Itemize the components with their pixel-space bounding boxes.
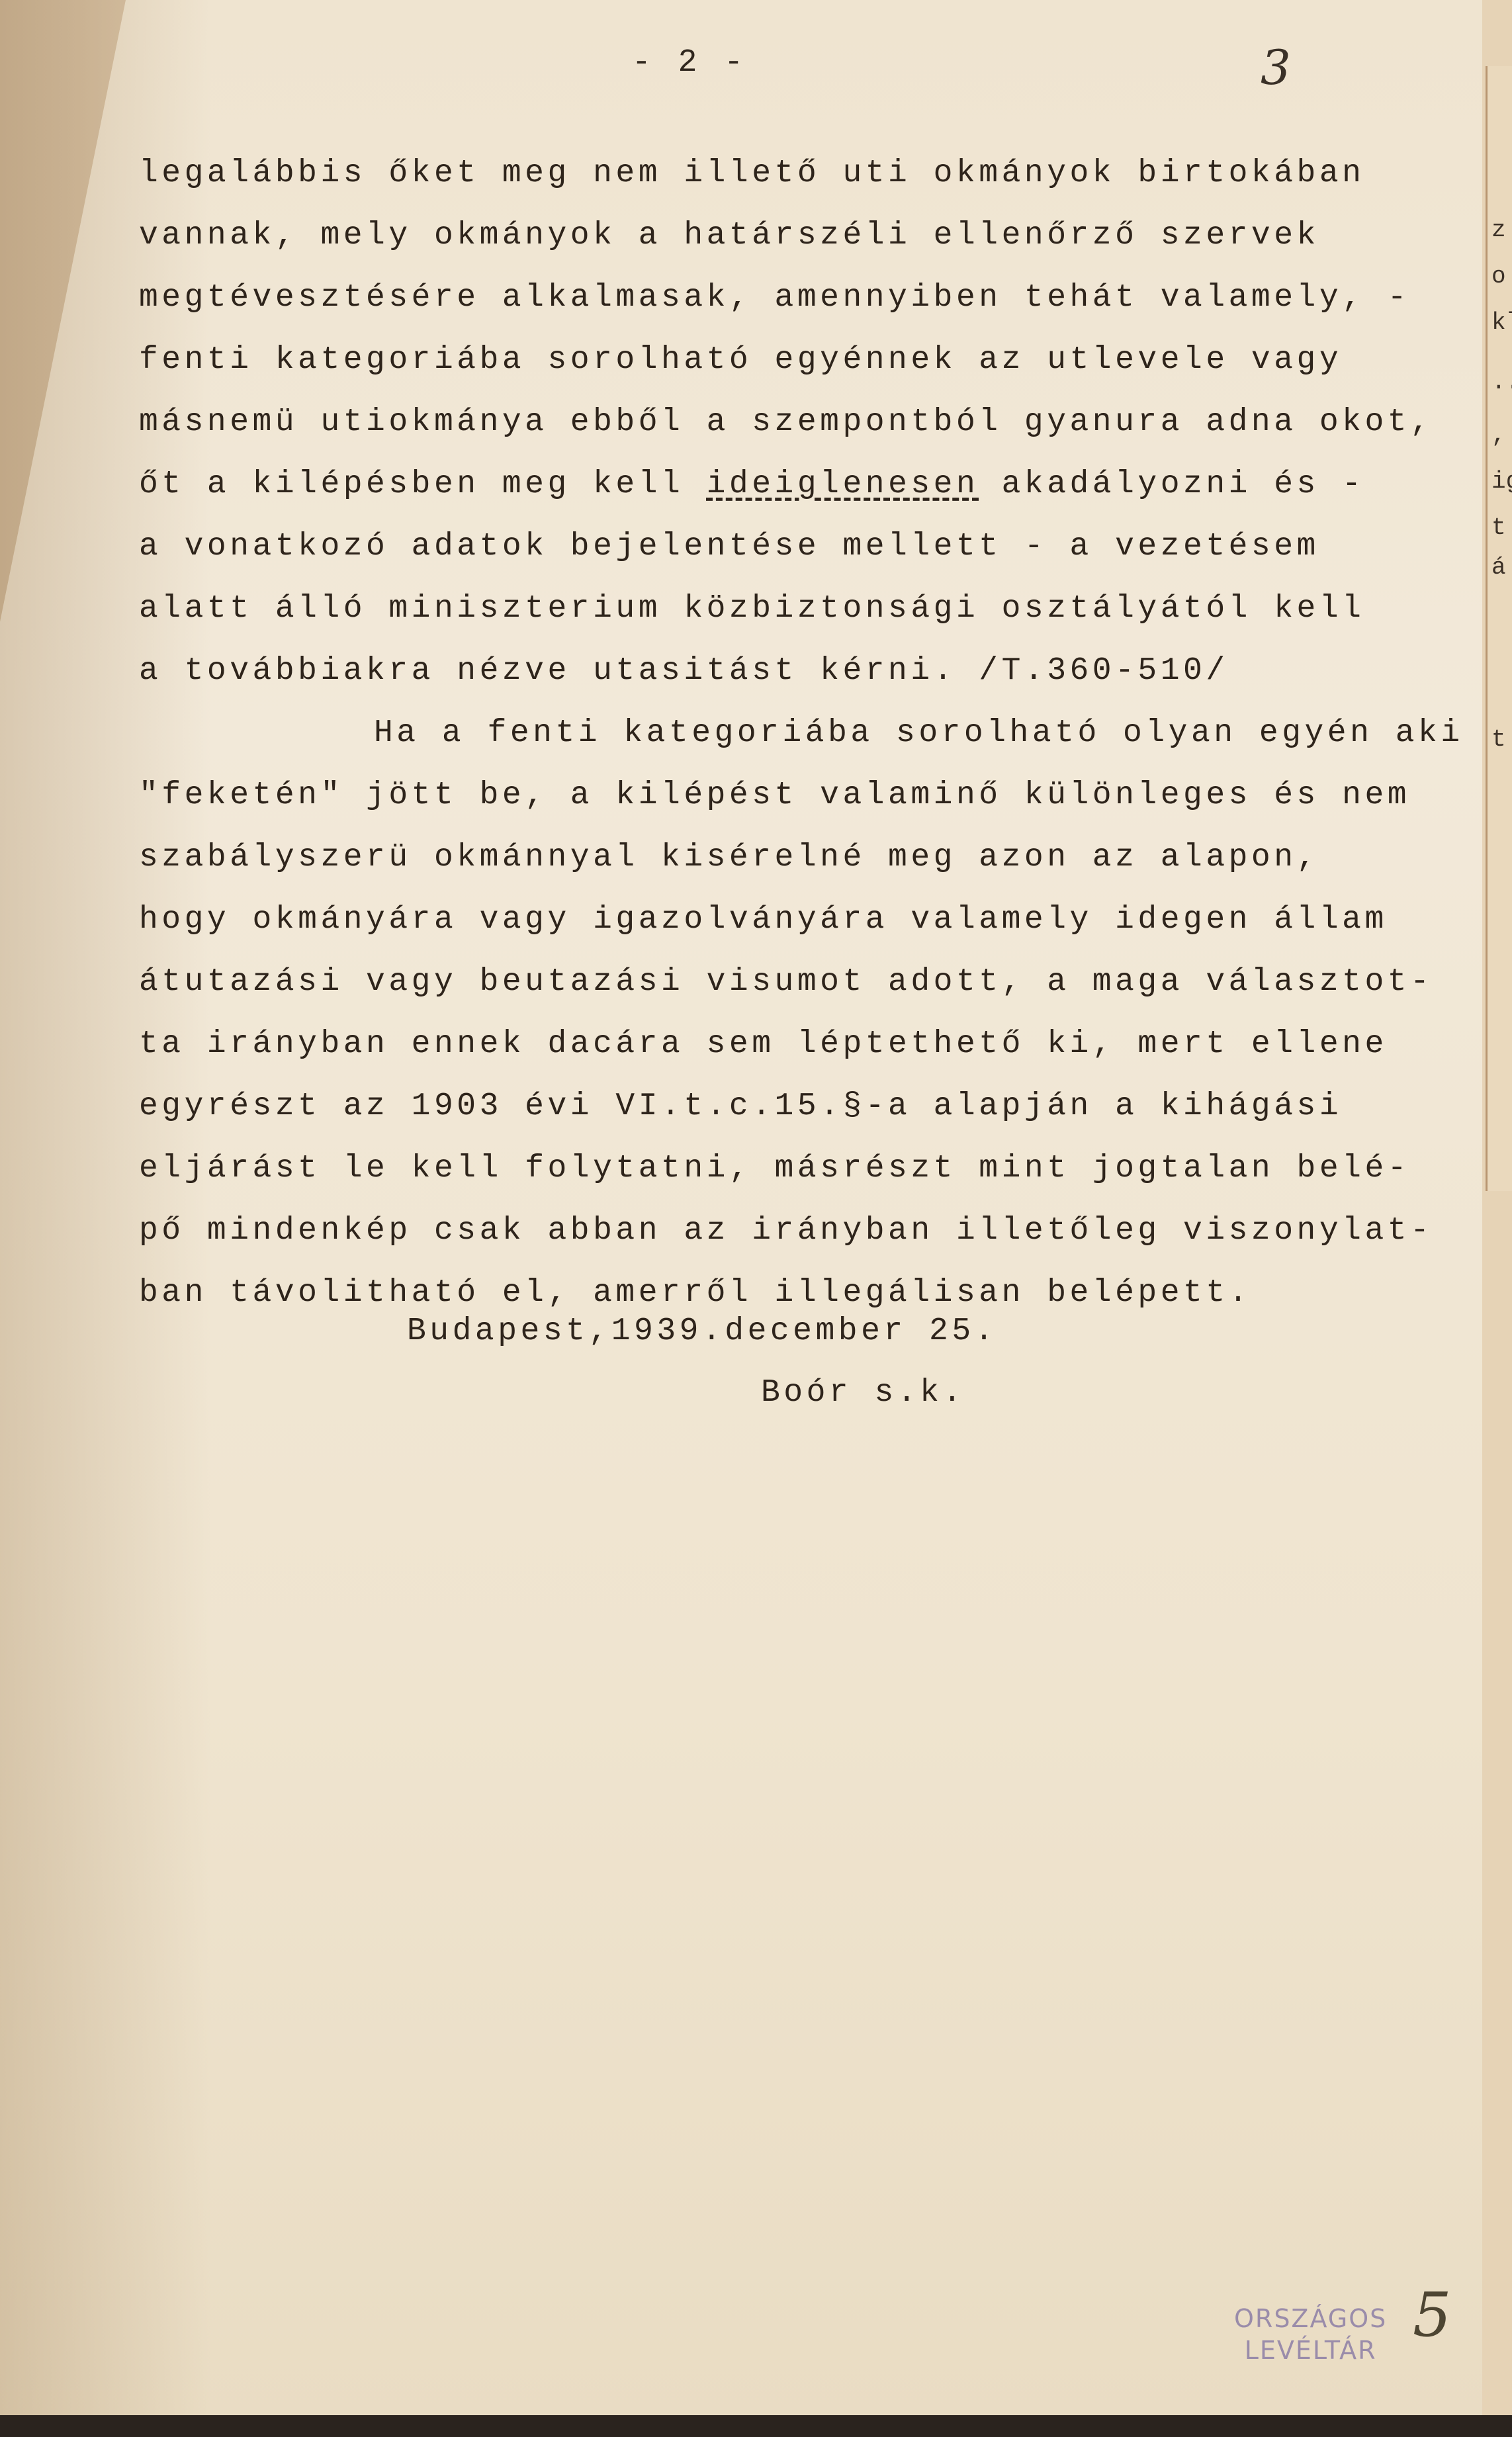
text-line: másnemü utiokmánya ebből a szempontból g… bbox=[139, 391, 1462, 453]
adjacent-page-strip: z o kl .. , ig t á t bbox=[1486, 66, 1512, 1191]
typewritten-body: legalábbis őket meg nem illető uti okmán… bbox=[139, 142, 1462, 1324]
text-line: egyrészt az 1903 évi VI.t.c.15.§-a alapj… bbox=[139, 1075, 1462, 1137]
fragment: t bbox=[1491, 516, 1506, 540]
signature: Boór s.k. bbox=[761, 1375, 965, 1411]
stamp-line: ORSZÁGOS bbox=[1234, 2303, 1387, 2334]
place-and-date: Budapest,1939.december 25. bbox=[407, 1313, 997, 1349]
fragment: t bbox=[1491, 728, 1506, 752]
fragment: .. bbox=[1491, 371, 1512, 394]
paragraph-start-line: Ha a fenti kategoriába sorolható olyan e… bbox=[139, 702, 1462, 764]
stamp-line: LEVÉLTÁR bbox=[1234, 2334, 1387, 2366]
text-line: pő mindenkép csak abban az irányban ille… bbox=[139, 1200, 1462, 1262]
text-line: fenti kategoriába sorolható egyénnek az … bbox=[139, 329, 1462, 391]
text-line: a továbbiakra nézve utasitást kérni. /T.… bbox=[139, 640, 1462, 702]
handwritten-sheet-number: 5 bbox=[1413, 2280, 1452, 2350]
archive-stamp: ORSZÁGOS LEVÉLTÁR bbox=[1234, 2303, 1387, 2366]
fragment: , bbox=[1491, 423, 1506, 447]
handwritten-folio-number: 3 bbox=[1261, 40, 1291, 95]
text-line: megtévesztésére alkalmasak, amennyiben t… bbox=[139, 267, 1462, 329]
text-line: a vonatkozó adatok bejelentése mellett -… bbox=[139, 515, 1462, 578]
text-line: eljárást le kell folytatni, másrészt min… bbox=[139, 1137, 1462, 1200]
fragment: o bbox=[1491, 265, 1506, 288]
fragment: ig bbox=[1491, 470, 1512, 494]
text-line: "feketén" jött be, a kilépést valaminő k… bbox=[139, 764, 1462, 826]
text-line: hogy okmányára vagy igazolványára valame… bbox=[139, 889, 1462, 951]
text-segment: akadályozni és - bbox=[979, 466, 1364, 502]
text-line: legalábbis őket meg nem illető uti okmán… bbox=[139, 142, 1462, 204]
text-line: ta irányban ennek dacára sem léptethető … bbox=[139, 1013, 1462, 1075]
fragment: z bbox=[1491, 218, 1506, 242]
fragment: á bbox=[1491, 556, 1506, 580]
underlined-word: ideiglenesen bbox=[707, 466, 979, 502]
page-number: - 2 - bbox=[632, 45, 747, 81]
background-surface bbox=[0, 2415, 1512, 2437]
text-line: vannak, mely okmányok a határszéli ellen… bbox=[139, 204, 1462, 267]
fragment: kl bbox=[1491, 311, 1512, 335]
text-segment: őt a kilépésben meg kell bbox=[139, 466, 707, 502]
text-line: őt a kilépésben meg kell ideiglenesen ak… bbox=[139, 453, 1462, 515]
text-line: szabályszerü okmánnyal kisérelné meg azo… bbox=[139, 826, 1462, 889]
text-line: alatt álló miniszterium közbiztonsági os… bbox=[139, 578, 1462, 640]
text-line: átutazási vagy beutazási visumot adott, … bbox=[139, 951, 1462, 1013]
